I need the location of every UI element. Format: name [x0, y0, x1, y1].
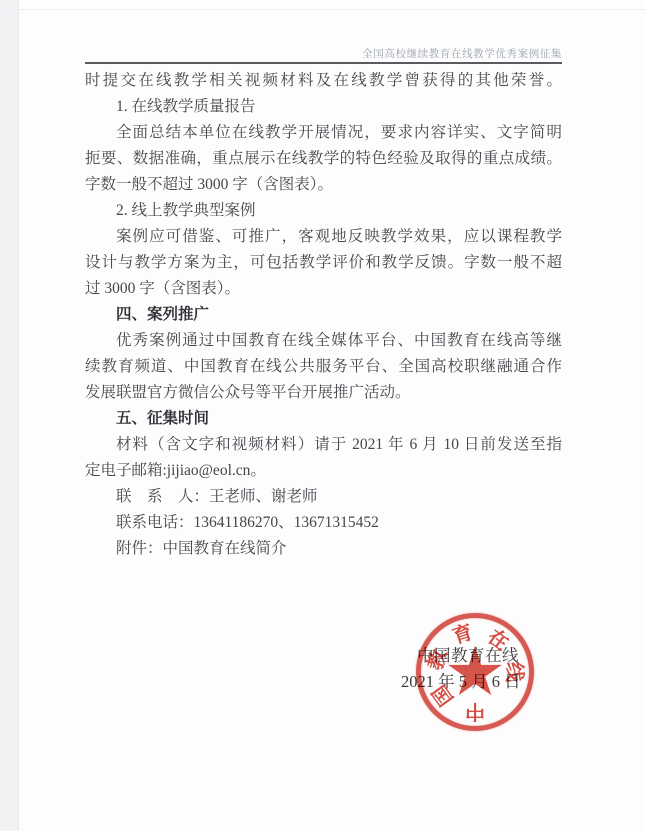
attachment-line: 附件：中国教育在线简介	[85, 536, 562, 562]
scanned-document-page: 全国高校继续教育在线教学优秀案例征集 时提交在线教学相关视频材料及在线教学曾获得…	[0, 0, 645, 831]
running-header-title: 全国高校继续教育在线教学优秀案例征集	[362, 46, 562, 61]
body-line-email: 定电子邮箱:jijiao@eol.cn。	[85, 458, 562, 484]
body-line: 时提交在线教学相关视频材料及在线教学曾获得的其他荣誉。	[85, 68, 562, 94]
subheading-quality-report: 1. 在线教学质量报告	[85, 94, 562, 120]
section-heading-promotion: 四、案列推广	[85, 302, 562, 328]
body-line: 案例应可借鉴、可推广，客观地反映教学效果，应以课程教学	[85, 224, 562, 250]
body-line: 发展联盟官方微信公众号等平台开展推广活动。	[85, 380, 562, 406]
body-line: 扼要、数据准确，重点展示在线教学的特色经验及取得的重点成绩。	[85, 146, 562, 172]
document-body: 时提交在线教学相关视频材料及在线教学曾获得的其他荣誉。 1. 在线教学质量报告 …	[85, 68, 562, 562]
scan-edge-top	[0, 9, 645, 10]
scan-edge-left	[0, 0, 19, 831]
body-line: 材料（含文字和视频材料）请于 2021 年 6 月 10 日前发送至指	[85, 432, 562, 458]
body-line: 字数一般不超过 3000 字（含图表）。	[85, 172, 562, 198]
body-line: 过 3000 字（含图表）。	[85, 276, 562, 302]
body-line: 设计与教学方案为主，可包括教学评价和教学反馈。字数一般不超	[85, 250, 562, 276]
official-seal: 中 国 教 育 在 线	[416, 613, 534, 731]
body-line: 优秀案例通过中国教育在线全媒体平台、中国教育在线高等继	[85, 328, 562, 354]
subheading-typical-case: 2. 线上教学典型案例	[85, 198, 562, 224]
contact-person-line: 联 系 人：王老师、谢老师	[85, 484, 562, 510]
contact-phone-line: 联系电话：13641186270、13671315452	[85, 510, 562, 536]
body-line: 续教育频道、中国教育在线公共服务平台、全国高校职继融通合作	[85, 354, 562, 380]
body-line: 全面总结本单位在线教学开展情况，要求内容详实、文字简明	[85, 120, 562, 146]
header-rule	[85, 62, 562, 64]
section-heading-deadline: 五、征集时间	[85, 406, 562, 432]
